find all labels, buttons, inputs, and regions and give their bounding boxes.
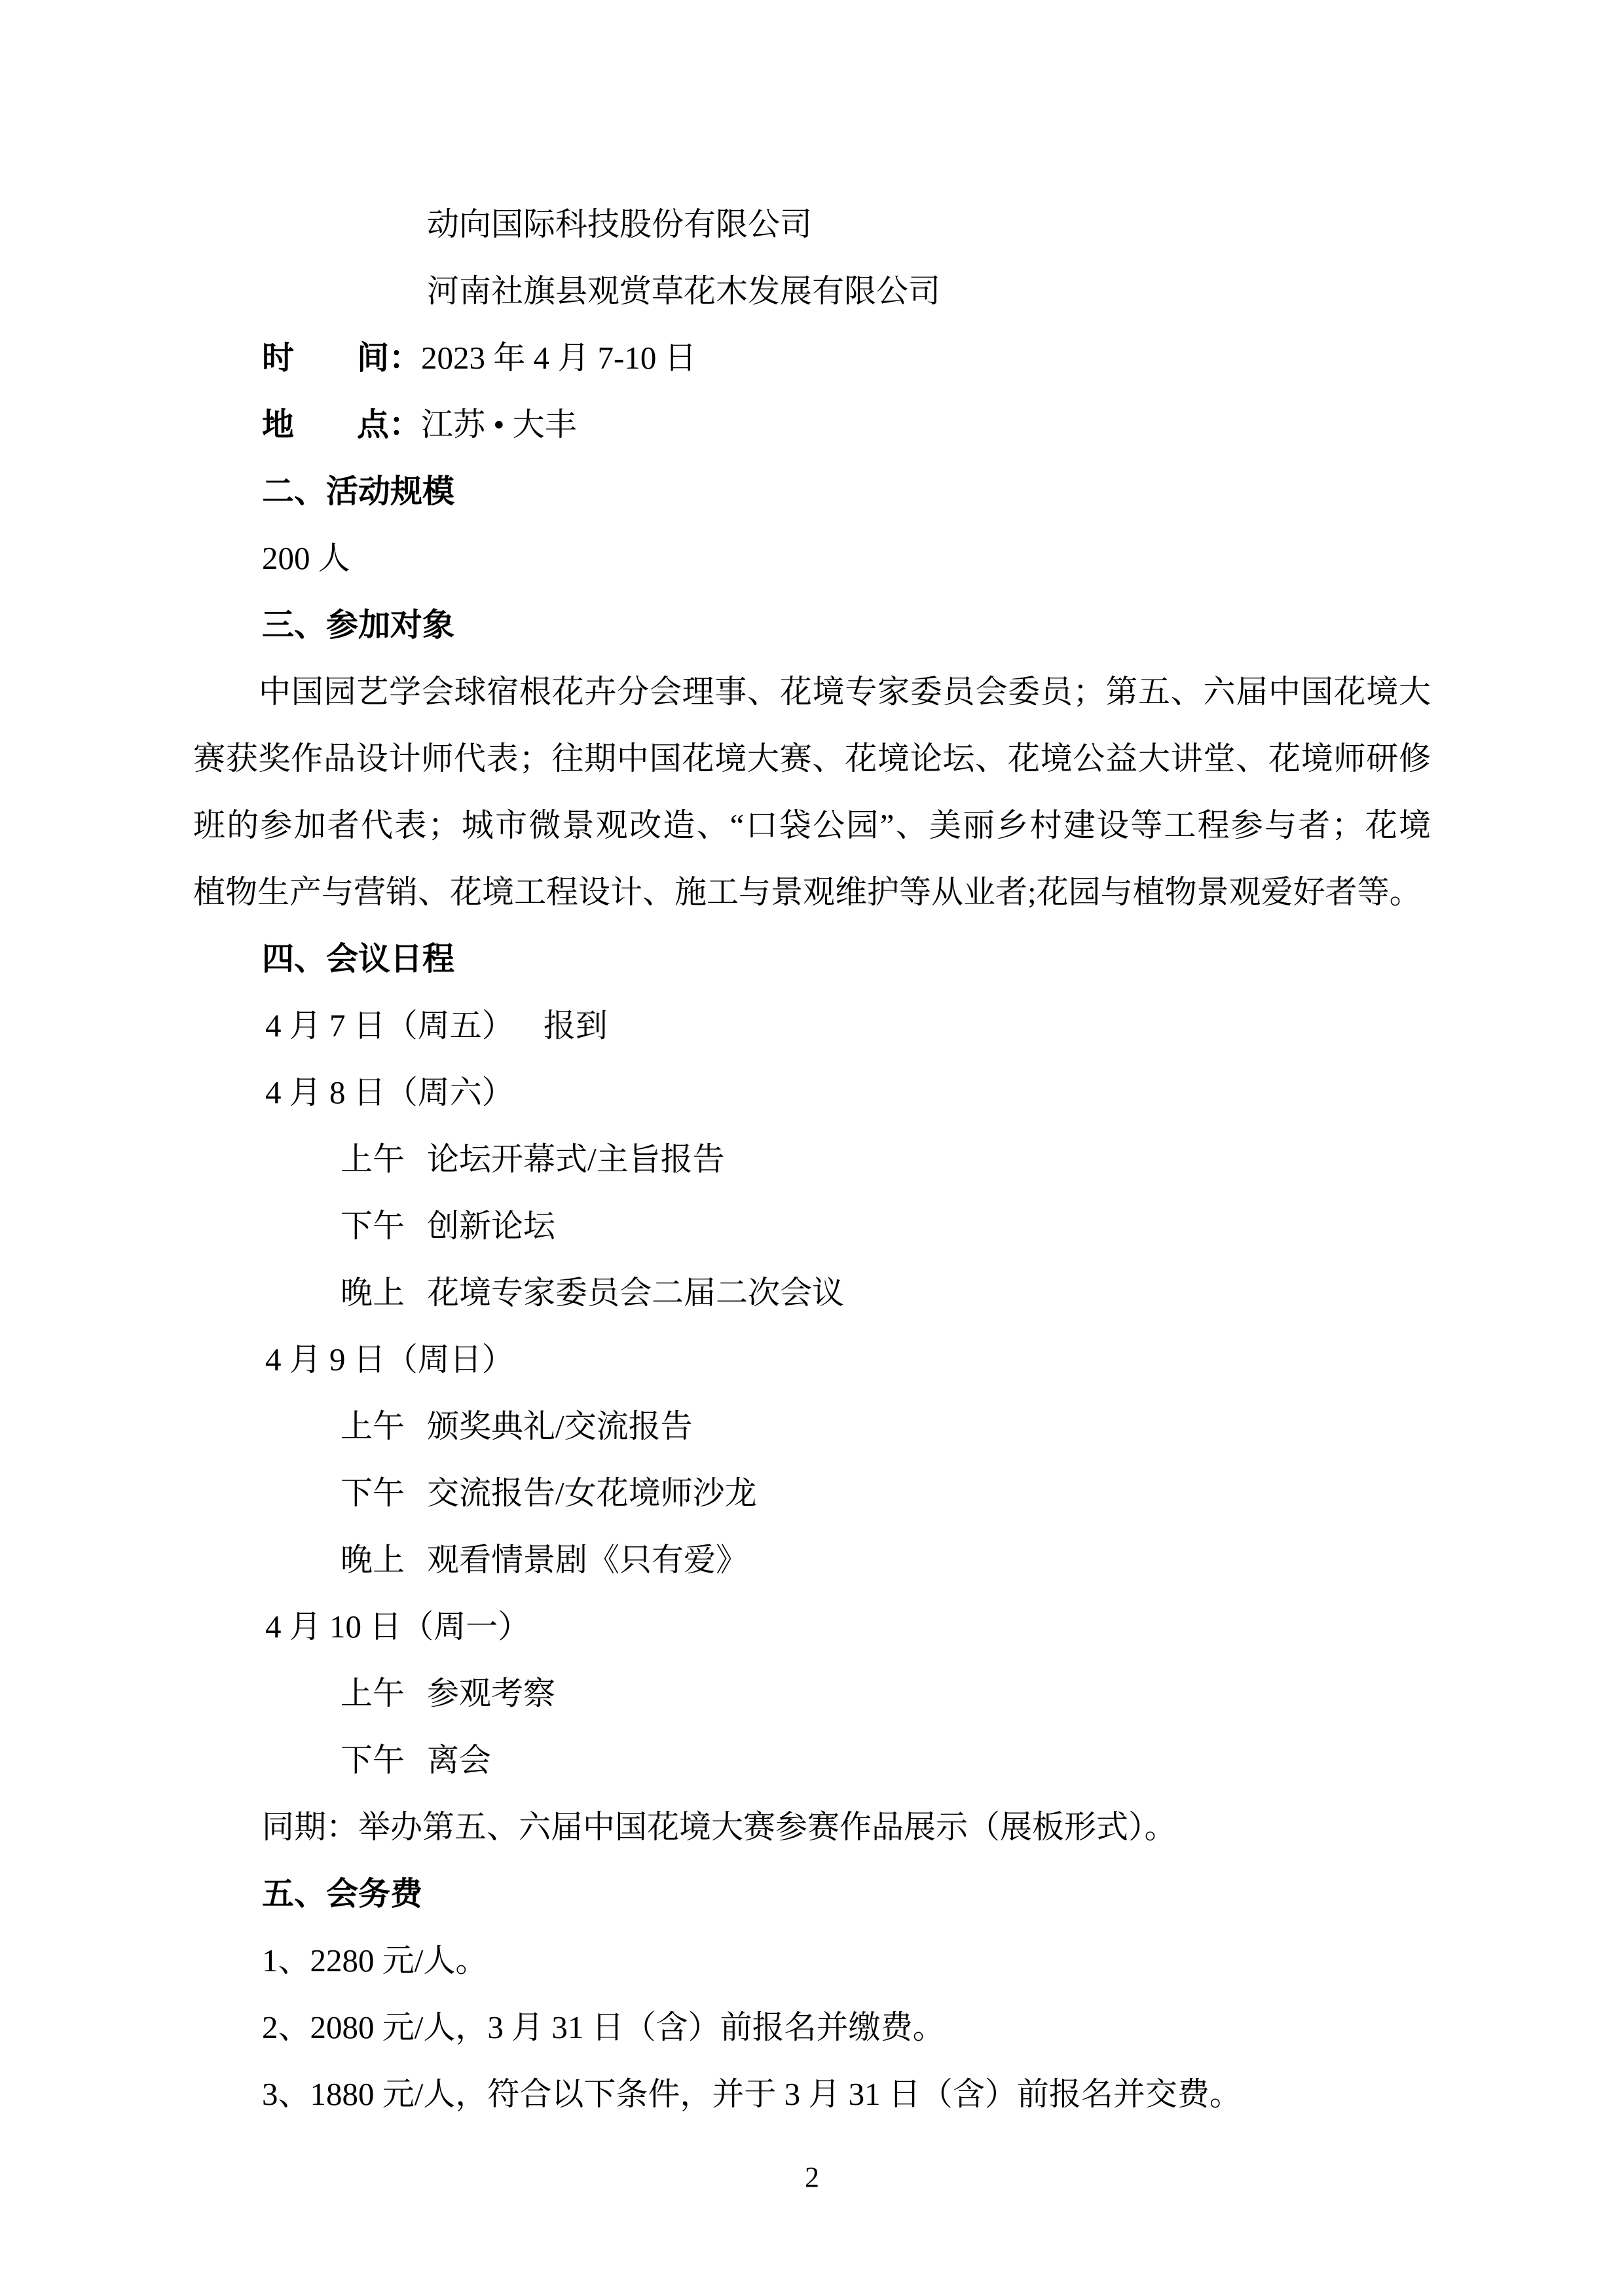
- schedule-row: 下午 离会: [193, 1727, 1431, 1794]
- participants-line: 中国园艺学会球宿根花卉分会理事、花境专家委员会委员；第五、六届中国花境大: [193, 659, 1431, 725]
- schedule-row: 下午 创新论坛: [193, 1193, 1431, 1260]
- label-spacer: [294, 325, 357, 392]
- schedule-activity: 颁奖典礼/交流报告: [427, 1393, 693, 1460]
- meta-row-time: 时 间： 2023 年 4 月 7-10 日: [193, 325, 1431, 392]
- schedule-activity: 报到: [544, 993, 608, 1059]
- document-content: 动向国际科技股份有限公司 河南社旗县观赏草花木发展有限公司 时 间： 2023 …: [193, 191, 1431, 2128]
- schedule-row: 上午 论坛开幕式/主旨报告: [193, 1126, 1431, 1193]
- fee-item: 2、2080 元/人，3 月 31 日（含）前报名并缴费。: [193, 1994, 1431, 2061]
- schedule-note: 同期：举办第五、六届中国花境大赛参赛作品展示（展板形式）。: [193, 1794, 1431, 1861]
- schedule-row: 4 月 9 日（周日）: [193, 1326, 1431, 1393]
- section4-heading: 四、会议日程: [193, 926, 1431, 993]
- schedule-row: 晚上 花境专家委员会二届二次会议: [193, 1260, 1431, 1326]
- schedule-activity: 观看情景剧《只有爱》: [427, 1527, 748, 1594]
- place-label-second: 点：: [357, 392, 421, 458]
- time-value: 2023 年 4 月 7-10 日: [421, 325, 697, 392]
- schedule-time: 上午: [341, 1393, 405, 1460]
- schedule-date: 4 月 9 日（周日）: [265, 1326, 514, 1393]
- section2-body: 200 人: [193, 525, 1431, 592]
- organizer-line: 动向国际科技股份有限公司: [193, 191, 1431, 258]
- document-page: 动向国际科技股份有限公司 河南社旗县观赏草花木发展有限公司 时 间： 2023 …: [0, 0, 1624, 2296]
- place-label-first: 地: [262, 392, 294, 458]
- time-label-first: 时: [262, 325, 294, 392]
- section5-heading: 五、会务费: [193, 1861, 1431, 1927]
- schedule-time: 下午: [341, 1193, 405, 1260]
- schedule-activity: 花境专家委员会二届二次会议: [427, 1260, 844, 1326]
- schedule-time: 上午: [341, 1660, 405, 1727]
- label-spacer: [294, 392, 357, 458]
- schedule-row: 晚上 观看情景剧《只有爱》: [193, 1527, 1431, 1594]
- organizer-line: 河南社旗县观赏草花木发展有限公司: [193, 258, 1431, 325]
- schedule-row: 4 月 7 日（周五） 报到: [193, 993, 1431, 1059]
- schedule-date: 4 月 10 日（周一）: [265, 1594, 530, 1660]
- time-label-second: 间：: [357, 325, 421, 392]
- schedule-time: 下午: [341, 1727, 405, 1794]
- schedule-time: 上午: [341, 1126, 405, 1193]
- schedule-row: 下午 交流报告/女花境师沙龙: [193, 1460, 1431, 1527]
- schedule-activity: 交流报告/女花境师沙龙: [427, 1460, 757, 1527]
- schedule-date: 4 月 8 日（周六）: [265, 1059, 514, 1126]
- schedule-time: 晚上: [341, 1527, 405, 1594]
- schedule-row: 4 月 10 日（周一）: [193, 1594, 1431, 1660]
- page-number: 2: [805, 2161, 819, 2193]
- schedule-date: 4 月 7 日（周五）: [265, 993, 514, 1059]
- organizer-name: 动向国际科技股份有限公司: [427, 206, 812, 242]
- meta-row-place: 地 点： 江苏 • 大丰: [193, 392, 1431, 458]
- participants-line: 植物生产与营销、花境工程设计、施工与景观维护等从业者;花园与植物景观爱好者等。: [193, 859, 1431, 926]
- schedule-row: 4 月 8 日（周六）: [193, 1059, 1431, 1126]
- fee-item: 1、2280 元/人。: [193, 1927, 1431, 1994]
- section3-heading: 三、参加对象: [193, 592, 1431, 659]
- participants-line: 班的参加者代表；城市微景观改造、“口袋公园”、美丽乡村建设等工程参与者；花境: [193, 792, 1431, 859]
- organizer-name: 河南社旗县观赏草花木发展有限公司: [427, 273, 940, 309]
- participants-line: 赛获奖作品设计师代表；往期中国花境大赛、花境论坛、花境公益大讲堂、花境师研修: [193, 725, 1431, 792]
- schedule-time: 晚上: [341, 1260, 405, 1326]
- schedule-activity: 参观考察: [427, 1660, 555, 1727]
- fee-item: 3、1880 元/人，符合以下条件，并于 3 月 31 日（含）前报名并交费。: [193, 2061, 1431, 2128]
- place-value: 江苏 • 大丰: [421, 392, 577, 458]
- page-footer: 2: [0, 2158, 1624, 2197]
- section2-heading: 二、活动规模: [193, 458, 1431, 525]
- schedule-activity: 创新论坛: [427, 1193, 555, 1260]
- schedule-time: 下午: [341, 1460, 405, 1527]
- schedule-row: 上午 颁奖典礼/交流报告: [193, 1393, 1431, 1460]
- schedule-activity: 离会: [427, 1727, 491, 1794]
- schedule-row: 上午 参观考察: [193, 1660, 1431, 1727]
- schedule-activity: 论坛开幕式/主旨报告: [427, 1126, 725, 1193]
